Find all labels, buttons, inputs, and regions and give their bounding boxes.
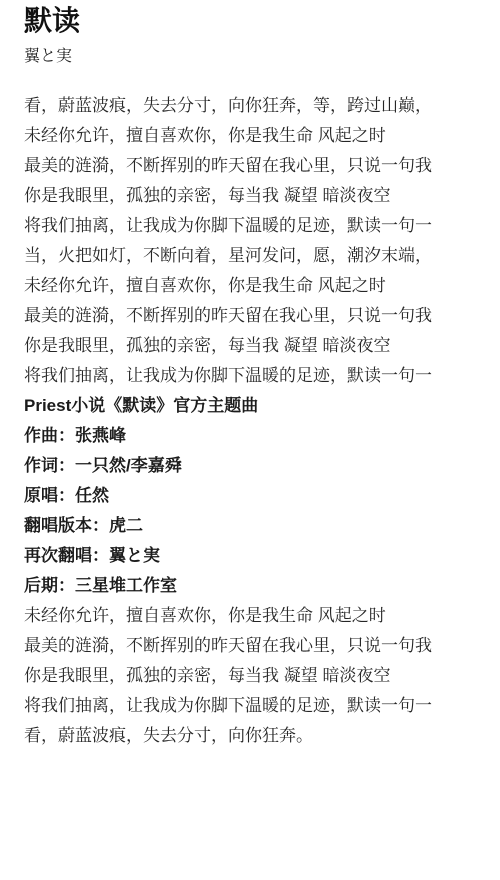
lyric-line: 看，蔚蓝波痕，失去分寸，向你狂奔，等，跨过山巅， [24,91,500,121]
lyric-line: 最美的涟漪，不断挥别的昨天留在我心里，只说一句我 [24,301,500,331]
credit-line-theme-song: Priest小说《默读》官方主题曲 [24,391,500,421]
lyric-line: 看，蔚蓝波痕，失去分寸，向你狂奔。 [24,721,500,751]
lyrics-block-bottom: 未经你允许，擅自喜欢你，你是我生命 风起之时 最美的涟漪，不断挥别的昨天留在我心… [24,601,500,751]
lyric-line: 当，火把如灯，不断向着，星河发问，愿，潮汐末端， [24,241,500,271]
lyric-line: 最美的涟漪，不断挥别的昨天留在我心里，只说一句我 [24,631,500,661]
lyric-line: 将我们抽离，让我成为你脚下温暖的足迹，默读一句一 [24,691,500,721]
credits-block: Priest小说《默读》官方主题曲 作曲：张燕峰 作词：一只然/李嘉舜 原唱：任… [24,391,500,601]
lyric-line: 未经你允许，擅自喜欢你，你是我生命 风起之时 [24,271,500,301]
lyrics-page: 默读 翼と実 看，蔚蓝波痕，失去分寸，向你狂奔，等，跨过山巅， 未经你允许，擅自… [0,0,500,880]
credit-line-recover: 再次翻唱：翼と実 [24,541,500,571]
page-title: 默读 [24,6,500,36]
lyric-line: 你是我眼里，孤独的亲密，每当我 凝望 暗淡夜空 [24,331,500,361]
lyric-line: 未经你允许，擅自喜欢你，你是我生命 风起之时 [24,121,500,151]
lyric-line: 你是我眼里，孤独的亲密，每当我 凝望 暗淡夜空 [24,181,500,211]
lyric-line: 未经你允许，擅自喜欢你，你是我生命 风起之时 [24,601,500,631]
artist-name: 翼と実 [24,47,500,67]
lyric-line: 你是我眼里，孤独的亲密，每当我 凝望 暗淡夜空 [24,661,500,691]
credit-line-post-production: 后期：三星堆工作室 [24,571,500,601]
credit-line-cover-version: 翻唱版本：虎二 [24,511,500,541]
credit-line-lyricist: 作词：一只然/李嘉舜 [24,451,500,481]
lyric-line: 最美的涟漪，不断挥别的昨天留在我心里，只说一句我 [24,151,500,181]
credit-line-original-singer: 原唱：任然 [24,481,500,511]
credit-line-composer: 作曲：张燕峰 [24,421,500,451]
lyric-line: 将我们抽离，让我成为你脚下温暖的足迹，默读一句一 [24,361,500,391]
lyric-line: 将我们抽离，让我成为你脚下温暖的足迹，默读一句一 [24,211,500,241]
lyrics-block-top: 看，蔚蓝波痕，失去分寸，向你狂奔，等，跨过山巅， 未经你允许，擅自喜欢你，你是我… [24,91,500,391]
